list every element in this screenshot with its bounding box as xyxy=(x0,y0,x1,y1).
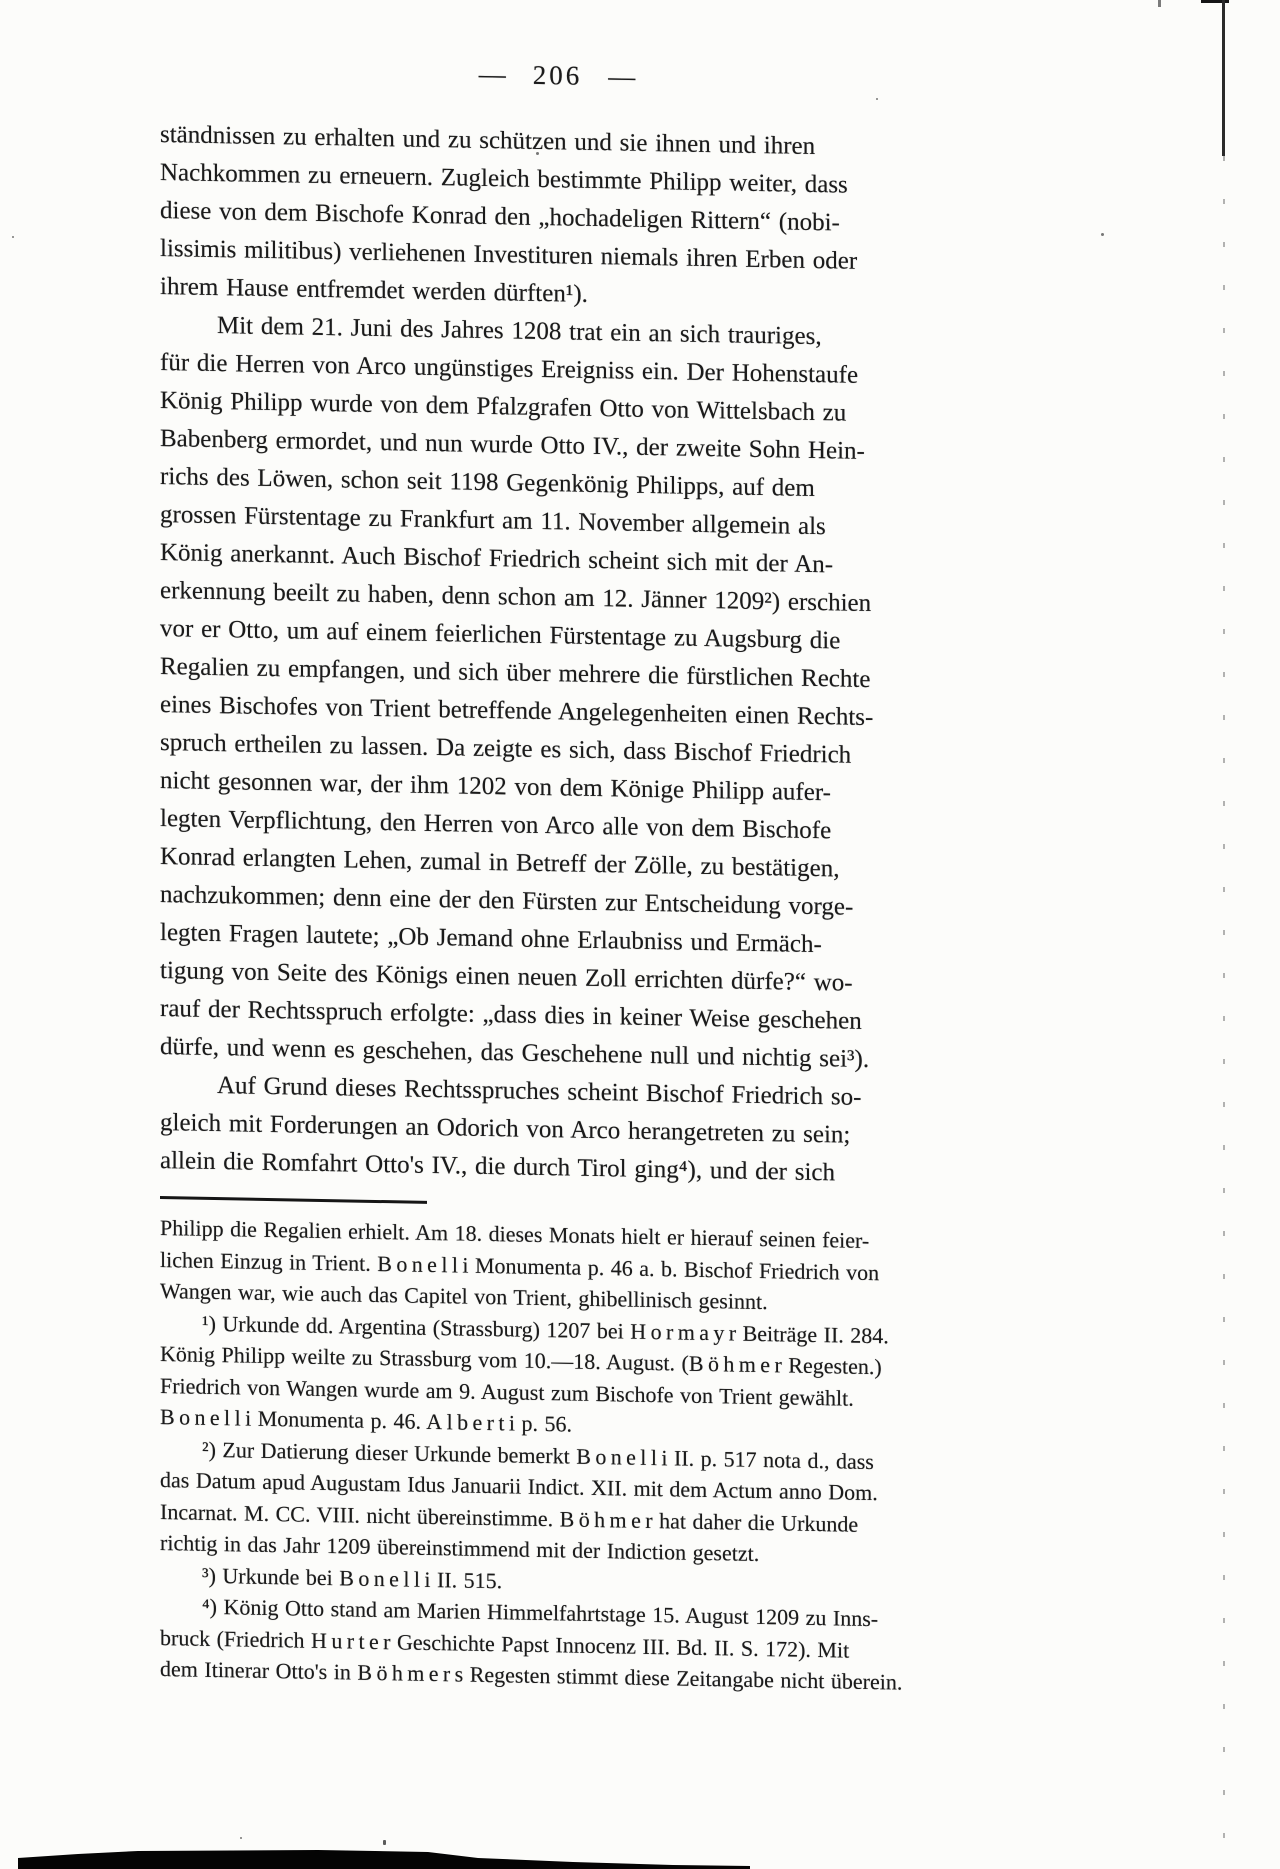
scan-artifact-speck xyxy=(1101,233,1104,236)
page-content: —206— ständnissen zu erhalten und zu sch… xyxy=(160,50,1026,1700)
page-number: 206 xyxy=(533,57,583,94)
scan-artifact-bottom-shadow xyxy=(18,1850,750,1869)
scan-artifact-corner-tick2 xyxy=(1158,0,1161,7)
footnotes: Philipp die Regalien erhielt. Am 18. die… xyxy=(160,1212,1022,1700)
body-text: ständnissen zu erhalten und zu schützen … xyxy=(160,116,955,1195)
scan-artifact-speck xyxy=(12,236,14,238)
header-dash-left: — xyxy=(479,59,507,90)
footnote-separator xyxy=(160,1196,427,1204)
scan-artifact-speck xyxy=(383,1840,386,1845)
scan-artifact-margin-line xyxy=(1222,0,1225,156)
page-header: —206— xyxy=(160,50,955,101)
scan-artifact-speck xyxy=(240,1837,242,1839)
header-dash-right: — xyxy=(608,61,636,92)
scan-artifact-margin-line-dashed xyxy=(1223,156,1225,1862)
book-page-scan: —206— ständnissen zu erhalten und zu sch… xyxy=(0,0,1280,1869)
